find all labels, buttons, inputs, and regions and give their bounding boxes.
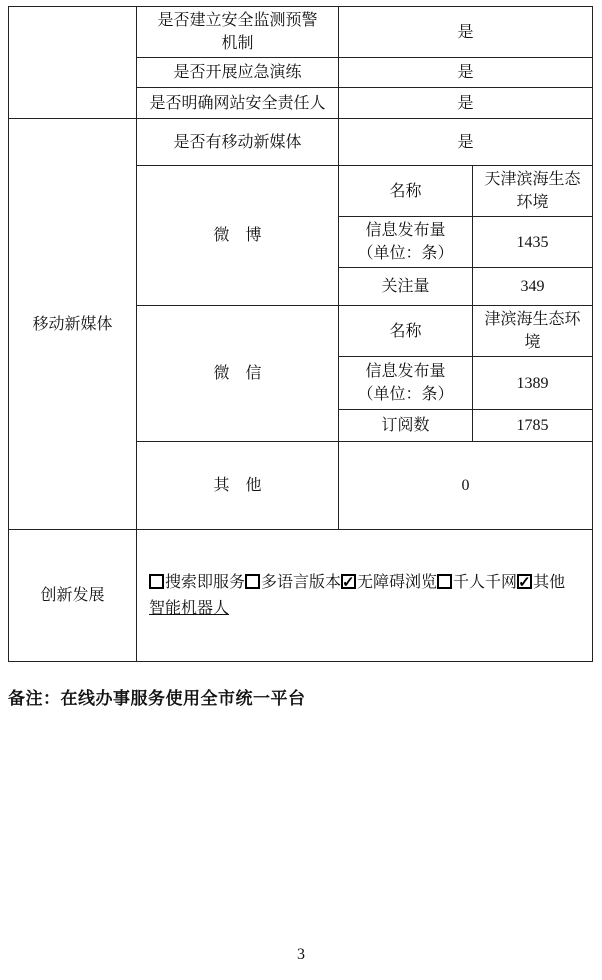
security-monitor-label: 是否建立安全监测预警 机制 [137,7,339,58]
section-innovation: 创新发展 [9,530,137,662]
empty-section-cell [9,7,137,119]
emergency-drill-value: 是 [339,58,593,88]
checkbox-icon[interactable] [341,574,356,589]
option-search-as-service[interactable]: 搜索即服务 [149,574,245,591]
option-multi-language[interactable]: 多语言版本 [245,574,341,591]
report-table: 是否建立安全监测预警 机制 是 是否开展应急演练 是 是否明确网站安全责任人 是… [8,6,593,662]
security-owner-value: 是 [339,88,593,119]
checkbox-label: 多语言版本 [261,574,341,591]
wechat-subscribers-value: 1785 [473,410,593,442]
checkbox-label: 千人千网 [453,574,517,591]
wechat-section-label: 微 信 [137,306,339,442]
wechat-name-label: 名称 [339,306,473,357]
page-number: 3 [0,946,602,964]
security-monitor-value: 是 [339,7,593,58]
section-mobile-media: 移动新媒体 [9,119,137,530]
checkbox-label: 搜索即服务 [165,574,245,591]
weibo-name-value: 天津滨海生态 环境 [473,166,593,217]
checkbox-icon[interactable] [517,574,532,589]
option-personalized-web[interactable]: 千人千网 [437,574,517,591]
innovation-options-line: 搜索即服务多语言版本无障碍浏览千人千网其他 [149,570,588,596]
other-media-value: 0 [339,442,593,530]
weibo-posts-value: 1435 [473,217,593,268]
innovation-content: 搜索即服务多语言版本无障碍浏览千人千网其他 智能机器人 [137,530,593,662]
checkbox-icon[interactable] [437,574,452,589]
other-media-label: 其 他 [137,442,339,530]
weibo-name-label: 名称 [339,166,473,217]
wechat-subscribers-label: 订阅数 [339,410,473,442]
security-owner-label: 是否明确网站安全责任人 [137,88,339,119]
option-other[interactable]: 其他 [517,574,565,591]
checkbox-label: 无障碍浏览 [357,574,437,591]
weibo-followers-value: 349 [473,268,593,306]
innovation-other-detail: 智能机器人 [149,596,588,622]
wechat-name-value: 津滨海生态环 境 [473,306,593,357]
checkbox-icon[interactable] [245,574,260,589]
remark-note: 备注：在线办事服务使用全市统一平台 [8,684,306,709]
wechat-posts-value: 1389 [473,357,593,410]
wechat-posts-label: 信息发布量 （单位：条） [339,357,473,410]
has-mobile-media-label: 是否有移动新媒体 [137,119,339,166]
option-accessible-browsing[interactable]: 无障碍浏览 [341,574,437,591]
checkbox-label: 其他 [533,574,565,591]
weibo-followers-label: 关注量 [339,268,473,306]
checkbox-icon[interactable] [149,574,164,589]
weibo-posts-label: 信息发布量 （单位：条） [339,217,473,268]
weibo-section-label: 微 博 [137,166,339,306]
emergency-drill-label: 是否开展应急演练 [137,58,339,88]
report-table-wrap: 是否建立安全监测预警 机制 是 是否开展应急演练 是 是否明确网站安全责任人 是… [8,6,593,662]
has-mobile-media-value: 是 [339,119,593,166]
